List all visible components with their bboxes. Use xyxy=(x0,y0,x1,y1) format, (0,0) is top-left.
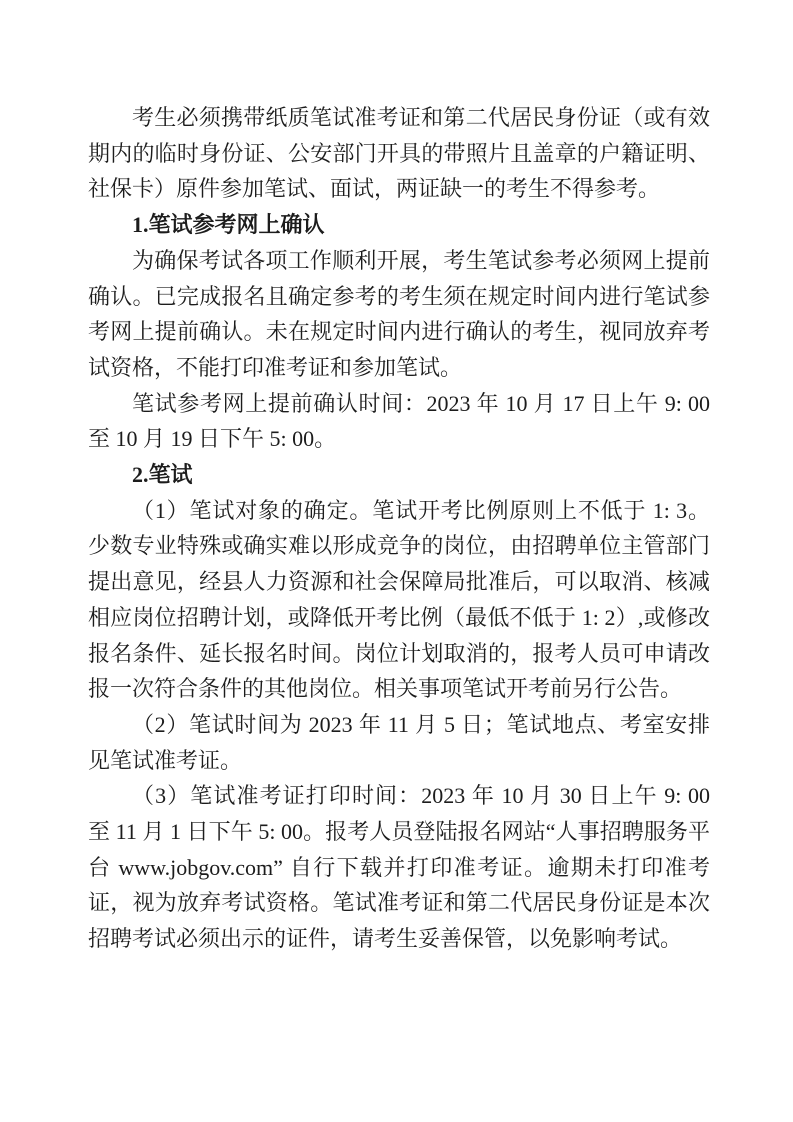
paragraph: （1）笔试对象的确定。笔试开考比例原则上不低于 1: 3。少数专业特殊或确实难以… xyxy=(88,493,710,707)
paragraph: （3）笔试准考证打印时间：2023 年 10 月 30 日上午 9: 00 至 … xyxy=(88,778,710,957)
section-heading: 2.笔试 xyxy=(88,457,710,493)
document-page: 考生必须携带纸质笔试准考证和第二代居民身份证（或有效期内的临时身份证、公安部门开… xyxy=(0,0,793,1122)
paragraph: 笔试参考网上提前确认时间：2023 年 10 月 17 日上午 9: 00 至 … xyxy=(88,386,710,457)
section-heading: 1.笔试参考网上确认 xyxy=(88,207,710,243)
paragraph: （2）笔试时间为 2023 年 11 月 5 日；笔试地点、考室安排见笔试准考证… xyxy=(88,707,710,778)
paragraph: 为确保考试各项工作顺利开展，考生笔试参考必须网上提前确认。已完成报名且确定参考的… xyxy=(88,243,710,386)
paragraph: 考生必须携带纸质笔试准考证和第二代居民身份证（或有效期内的临时身份证、公安部门开… xyxy=(88,100,710,207)
document-content: 考生必须携带纸质笔试准考证和第二代居民身份证（或有效期内的临时身份证、公安部门开… xyxy=(88,100,710,957)
